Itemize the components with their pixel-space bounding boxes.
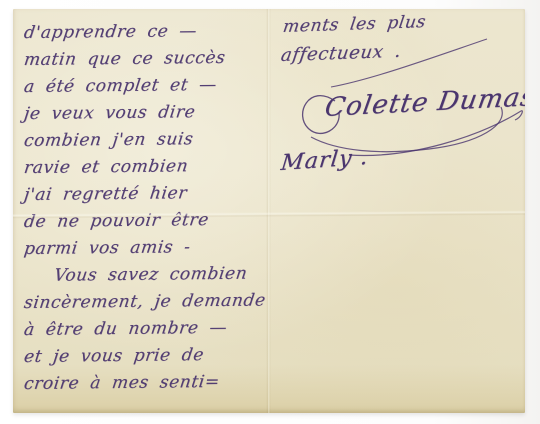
handwritten-line: ravie et combien xyxy=(22,153,262,182)
letter-scan: d'apprendre ce — matin que ce succès a é… xyxy=(0,0,540,424)
place-name: Marly . xyxy=(280,145,370,176)
handwritten-line: d'apprendre ce — xyxy=(22,18,262,47)
handwritten-line: ments les plus xyxy=(282,12,428,37)
letter-paper: d'apprendre ce — matin que ce succès a é… xyxy=(13,9,525,413)
page-left: d'apprendre ce — matin que ce succès a é… xyxy=(13,9,267,413)
handwritten-line: j'ai regretté hier xyxy=(22,180,262,209)
handwritten-line: à être du nombre — xyxy=(22,315,262,344)
handwritten-line: Vous savez combien xyxy=(22,261,262,290)
handwritten-line: sincèrement, je demande xyxy=(22,288,262,317)
handwritten-line: matin que ce succès xyxy=(22,45,262,74)
handwritten-line: combien j'en suis xyxy=(22,126,262,155)
signature-block: Colette Dumas xyxy=(289,67,525,159)
handwritten-line: je veux vous dire xyxy=(22,99,262,128)
handwritten-line: affectueux . xyxy=(280,41,403,66)
handwritten-line: et je vous prie de xyxy=(22,342,262,371)
handwritten-line: de ne pouvoir être xyxy=(22,207,262,236)
left-page-text: d'apprendre ce — matin que ce succès a é… xyxy=(24,20,260,398)
handwritten-line: croire à mes senti= xyxy=(22,369,262,398)
handwritten-line: parmi vos amis - xyxy=(22,234,262,263)
handwritten-line: a été complet et — xyxy=(22,72,262,101)
